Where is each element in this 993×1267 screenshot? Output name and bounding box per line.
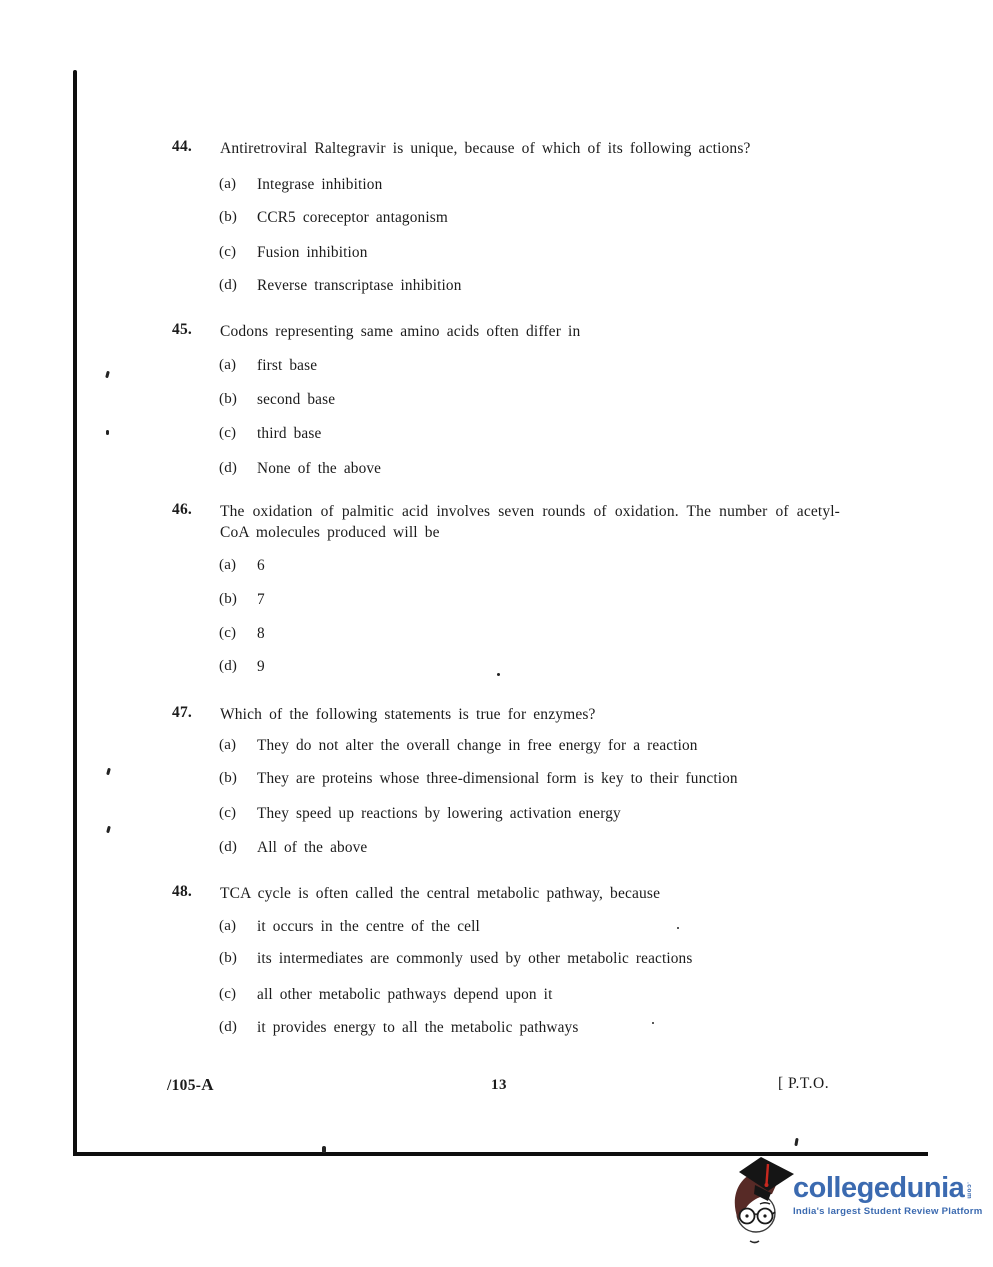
- option-label: (a): [219, 357, 257, 375]
- scan-artifact: [677, 927, 679, 929]
- question-text: Which of the following statements is tru…: [220, 704, 840, 725]
- collegedunia-logo: collegedunia .com India's largest Studen…: [731, 1157, 987, 1257]
- option-label: (c): [219, 625, 257, 643]
- option-text: all other metabolic pathways depend upon…: [257, 986, 552, 1004]
- option-row: (a) Integrase inhibition: [219, 176, 382, 194]
- option-text: Integrase inhibition: [257, 176, 382, 194]
- question-number: 47.: [172, 704, 220, 725]
- option-text: it occurs in the centre of the cell: [257, 918, 480, 936]
- scan-artifact: [106, 430, 109, 435]
- option-text: They do not alter the overall change in …: [257, 737, 698, 755]
- option-row: (a) first base: [219, 357, 317, 375]
- footer-paper-code: /105-A: [167, 1075, 214, 1095]
- page-left-border: [73, 70, 77, 1156]
- option-label: (b): [219, 591, 257, 609]
- question-number: 44.: [172, 138, 220, 159]
- option-text: 8: [257, 625, 265, 643]
- question-number: 45.: [172, 321, 220, 342]
- option-label: (b): [219, 770, 257, 788]
- option-label: (a): [219, 918, 257, 936]
- option-label: (c): [219, 425, 257, 443]
- option-row: (d) 9: [219, 658, 265, 676]
- option-text: first base: [257, 357, 317, 375]
- option-text: second base: [257, 391, 335, 409]
- option-row: (a) it occurs in the centre of the cell: [219, 918, 480, 936]
- option-label: (d): [219, 460, 257, 478]
- option-label: (b): [219, 209, 257, 227]
- option-row: (c) all other metabolic pathways depend …: [219, 986, 552, 1004]
- option-text: CCR5 coreceptor antagonism: [257, 209, 448, 227]
- option-label: (d): [219, 1019, 257, 1037]
- scan-artifact: [106, 768, 111, 776]
- option-row: (b) its intermediates are commonly used …: [219, 950, 692, 968]
- question-47: 47. Which of the following statements is…: [172, 704, 872, 874]
- question-45: 45. Codons representing same amino acids…: [172, 321, 872, 491]
- option-row: (b) second base: [219, 391, 335, 409]
- option-text: They speed up reactions by lowering acti…: [257, 805, 621, 823]
- option-label: (c): [219, 805, 257, 823]
- option-text: Reverse transcriptase inhibition: [257, 277, 462, 295]
- footer-page-number: 13: [491, 1077, 507, 1094]
- option-text: Fusion inhibition: [257, 244, 368, 262]
- option-label: (d): [219, 658, 257, 676]
- option-row: (d) Reverse transcriptase inhibition: [219, 277, 462, 295]
- question-number: 48.: [172, 883, 220, 904]
- logo-wordmark: collegedunia: [793, 1173, 964, 1203]
- option-text: They are proteins whose three-dimensiona…: [257, 770, 738, 788]
- option-label: (a): [219, 557, 257, 575]
- logo-tagline: India's largest Student Review Platform: [793, 1206, 983, 1217]
- option-row: (c) Fusion inhibition: [219, 244, 368, 262]
- option-text: None of the above: [257, 460, 381, 478]
- scan-artifact: [794, 1138, 798, 1146]
- question-text: The oxidation of palmitic acid involves …: [220, 501, 840, 543]
- option-text: 6: [257, 557, 265, 575]
- option-label: (a): [219, 176, 257, 194]
- option-label: (a): [219, 737, 257, 755]
- option-label: (c): [219, 244, 257, 262]
- option-row: (b) 7: [219, 591, 265, 609]
- option-row: (b) CCR5 coreceptor antagonism: [219, 209, 448, 227]
- question-44: 44. Antiretroviral Raltegravir is unique…: [172, 138, 872, 308]
- option-label: (d): [219, 277, 257, 295]
- question-48: 48. TCA cycle is often called the centra…: [172, 883, 872, 1053]
- page-bottom-border: [73, 1152, 928, 1156]
- option-text: third base: [257, 425, 321, 443]
- question-text: Codons representing same amino acids oft…: [220, 321, 840, 342]
- option-label: (c): [219, 986, 257, 1004]
- option-text: 7: [257, 591, 265, 609]
- option-row: (c) 8: [219, 625, 265, 643]
- option-row: (c) They speed up reactions by lowering …: [219, 805, 621, 823]
- option-text: All of the above: [257, 839, 367, 857]
- scan-artifact: [322, 1146, 326, 1153]
- paper-code-series: A: [201, 1075, 214, 1094]
- option-row: (d) it provides energy to all the metabo…: [219, 1019, 578, 1037]
- scan-artifact: [105, 371, 110, 379]
- question-number: 46.: [172, 501, 220, 543]
- option-text: it provides energy to all the metabolic …: [257, 1019, 578, 1037]
- scan-artifact: [497, 673, 500, 676]
- option-label: (b): [219, 950, 257, 968]
- question-text: Antiretroviral Raltegravir is unique, be…: [220, 138, 840, 159]
- option-row: (d) All of the above: [219, 839, 367, 857]
- option-text: its intermediates are commonly used by o…: [257, 950, 692, 968]
- footer-pto-label: [ P.T.O.: [778, 1075, 829, 1093]
- option-label: (b): [219, 391, 257, 409]
- option-row: (a) They do not alter the overall change…: [219, 737, 698, 755]
- scan-artifact: [652, 1022, 654, 1024]
- collegedunia-mascot-icon: [731, 1157, 795, 1251]
- option-row: (d) None of the above: [219, 460, 381, 478]
- option-text: 9: [257, 658, 265, 676]
- paper-code-prefix: /105-: [167, 1077, 201, 1094]
- scan-artifact: [106, 826, 111, 834]
- option-row: (b) They are proteins whose three-dimens…: [219, 770, 738, 788]
- question-text: TCA cycle is often called the central me…: [220, 883, 840, 904]
- logo-domain-suffix: .com: [965, 1182, 972, 1199]
- option-label: (d): [219, 839, 257, 857]
- question-46: 46. The oxidation of palmitic acid invol…: [172, 501, 872, 691]
- option-row: (c) third base: [219, 425, 321, 443]
- option-row: (a) 6: [219, 557, 265, 575]
